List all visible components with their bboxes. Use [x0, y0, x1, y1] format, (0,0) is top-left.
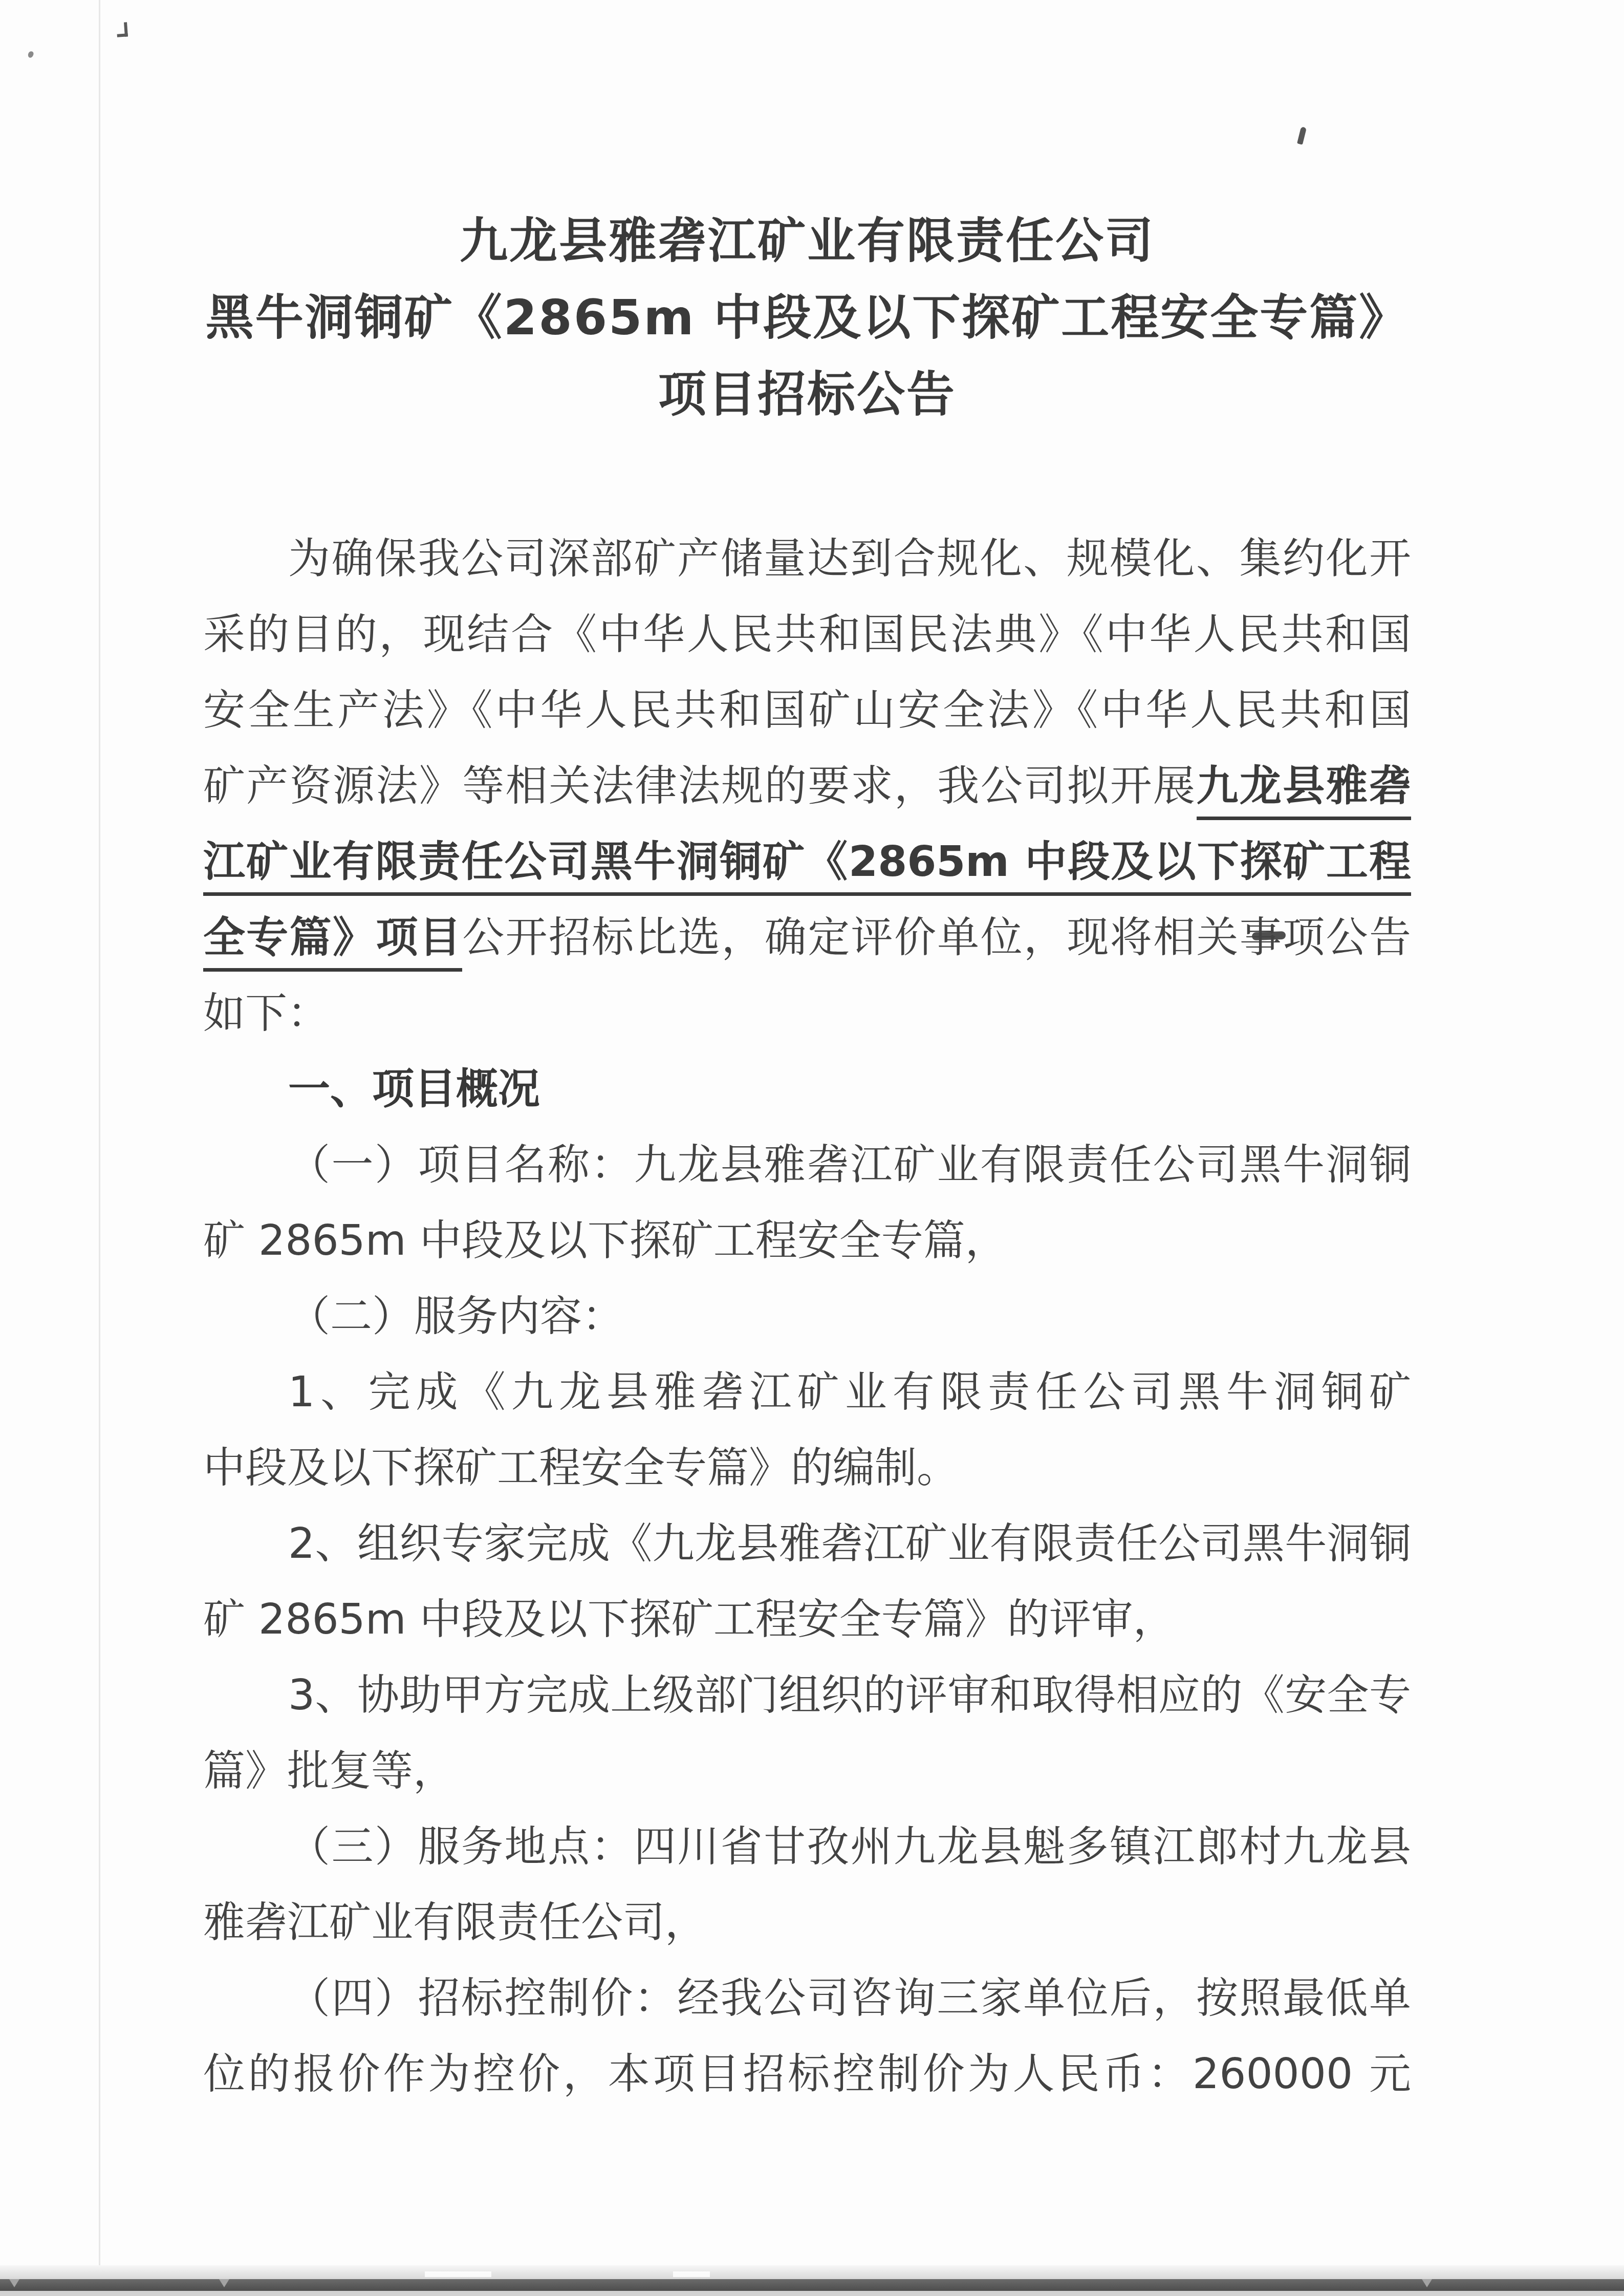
body-text: 如下： [203, 989, 329, 1038]
body-text: 位的报价作为控价，本项目招标控制价为人民币：260000 元（大 [203, 2050, 1411, 2112]
body-text: 2、组织专家完成《九龙县雅砻江矿业有限责任公司黑牛洞铜 [288, 1519, 1411, 1568]
service-item-3-line-2: 篇》批复等， [203, 1733, 1411, 1809]
intro-line-1: 为确保我公司深部矿产储量达到合规化、规模化、集约化开 [203, 521, 1411, 597]
underlined-project-name: 全专篇》项目 [203, 913, 462, 972]
intro-line-3: 安全生产法》《中华人民共和国矿山安全法》《中华人民共和国 [203, 673, 1411, 748]
body-text: （四）招标控制价：经我公司咨询三家单位后，按照最低单 [288, 1974, 1411, 2023]
body-text: 安全生产法》《中华人民共和国矿山安全法》《中华人民共和国 [203, 686, 1411, 735]
scrollbar-arrow-mark [219, 2279, 229, 2287]
body-text: （二）服务内容： [288, 1292, 624, 1341]
service-location-line-2: 雅砻江矿业有限责任公司， [203, 1885, 1411, 1961]
underlined-project-name: 九龙县雅砻 [1197, 762, 1411, 820]
service-location-line-1: （三）服务地点：四川省甘孜州九龙县魁多镇江郎村九龙县 [203, 1809, 1411, 1885]
body-text: 矿产资源法》等相关法律法规的要求，我公司拟开展 [203, 762, 1197, 810]
project-name-line-1: （一）项目名称：九龙县雅砻江矿业有限责任公司黑牛洞铜 [203, 1127, 1411, 1203]
body-text: 3、协助甲方完成上级部门组织的评审和取得相应的《安全专 [288, 1671, 1411, 1720]
body-text: 中段及以下探矿工程安全专篇》的编制。 [203, 1444, 959, 1492]
title-line-1: 九龙县雅砻江矿业有限责任公司 [203, 203, 1411, 280]
service-content-heading: （二）服务内容： [203, 1279, 1411, 1355]
body-text: 公开招标比选，确定评价单位，现将相关事项公告 [462, 913, 1411, 962]
title-line-2: 黑牛洞铜矿《2865m 中段及以下探矿工程安全专篇》 [203, 280, 1411, 357]
scrollbar-arrow-mark [1422, 2279, 1432, 2287]
service-item-2-line-1: 2、组织专家完成《九龙县雅砻江矿业有限责任公司黑牛洞铜 [203, 1506, 1411, 1582]
scan-speck-dot [27, 51, 34, 59]
body-text: 雅砻江矿业有限责任公司， [203, 1898, 707, 1947]
service-item-1-line-2: 中段及以下探矿工程安全专篇》的编制。 [203, 1430, 1411, 1506]
intro-line-6: 全专篇》项目公开招标比选，确定评价单位，现将相关事项公告 [203, 900, 1411, 976]
project-name-line-2: 矿 2865m 中段及以下探矿工程安全专篇， [203, 1203, 1411, 1279]
page-footer-strip [0, 2291, 1624, 2296]
intro-line-2: 采的目的，现结合《中华人民共和国民法典》《中华人民共和国 [203, 597, 1411, 673]
underlined-project-name: 江矿业有限责任公司黑牛洞铜矿《2865m 中段及以下探矿工程安 [203, 838, 1411, 900]
intro-line-7: 如下： [203, 976, 1411, 1052]
scrollbar-track-highlight [673, 2271, 710, 2277]
service-item-2-line-2: 矿 2865m 中段及以下探矿工程安全专篇》的评审， [203, 1582, 1411, 1658]
scrollbar-track-highlight [425, 2271, 491, 2277]
intro-line-5: 江矿业有限责任公司黑牛洞铜矿《2865m 中段及以下探矿工程安 [203, 824, 1411, 900]
body-text: （一）项目名称：九龙县雅砻江矿业有限责任公司黑牛洞铜 [288, 1141, 1411, 1189]
body-text: 篇》批复等， [203, 1747, 455, 1795]
document-body: 为确保我公司深部矿产储量达到合规化、规模化、集约化开 采的目的，现结合《中华人民… [203, 521, 1411, 2112]
heading-project-overview: 一、项目概况 [203, 1052, 1411, 1127]
service-item-1-line-1: 1、完成《九龙县雅砻江矿业有限责任公司黑牛洞铜矿 2865m [203, 1355, 1411, 1430]
scan-speck-corner [116, 22, 128, 37]
heading-text: 一、项目概况 [288, 1065, 540, 1113]
document-title: 九龙县雅砻江矿业有限责任公司 黑牛洞铜矿《2865m 中段及以下探矿工程安全专篇… [203, 203, 1411, 434]
body-text: 为确保我公司深部矿产储量达到合规化、规模化、集约化开 [288, 534, 1411, 583]
body-text: 矿 2865m 中段及以下探矿工程安全专篇》的评审， [203, 1595, 1175, 1644]
scrollbar-track-light [0, 2265, 1624, 2279]
body-text: 矿 2865m 中段及以下探矿工程安全专篇， [203, 1216, 1007, 1265]
scrollbar-arrow-mark [9, 2279, 19, 2287]
body-text: （三）服务地点：四川省甘孜州九龙县魁多镇江郎村九龙县 [288, 1822, 1411, 1871]
intro-line-4: 矿产资源法》等相关法律法规的要求，我公司拟开展九龙县雅砻 [203, 748, 1411, 824]
title-line-3: 项目招标公告 [203, 357, 1411, 434]
body-text: 1、完成《九龙县雅砻江矿业有限责任公司黑牛洞铜矿 2865m [203, 1368, 1411, 1430]
control-price-line-1: （四）招标控制价：经我公司咨询三家单位后，按照最低单 [203, 1961, 1411, 2036]
page-edge-shadow [99, 0, 100, 2265]
document-content: 九龙县雅砻江矿业有限责任公司 黑牛洞铜矿《2865m 中段及以下探矿工程安全专篇… [203, 0, 1411, 2112]
body-text: 采的目的，现结合《中华人民共和国民法典》《中华人民共和国 [203, 610, 1411, 659]
service-item-3-line-1: 3、协助甲方完成上级部门组织的评审和取得相应的《安全专 [203, 1658, 1411, 1733]
horizontal-scrollbar[interactable] [0, 2279, 1624, 2291]
document-page: 九龙县雅砻江矿业有限责任公司 黑牛洞铜矿《2865m 中段及以下探矿工程安全专篇… [0, 0, 1624, 2296]
control-price-line-2: 位的报价作为控价，本项目招标控制价为人民币：260000 元（大 [203, 2036, 1411, 2112]
